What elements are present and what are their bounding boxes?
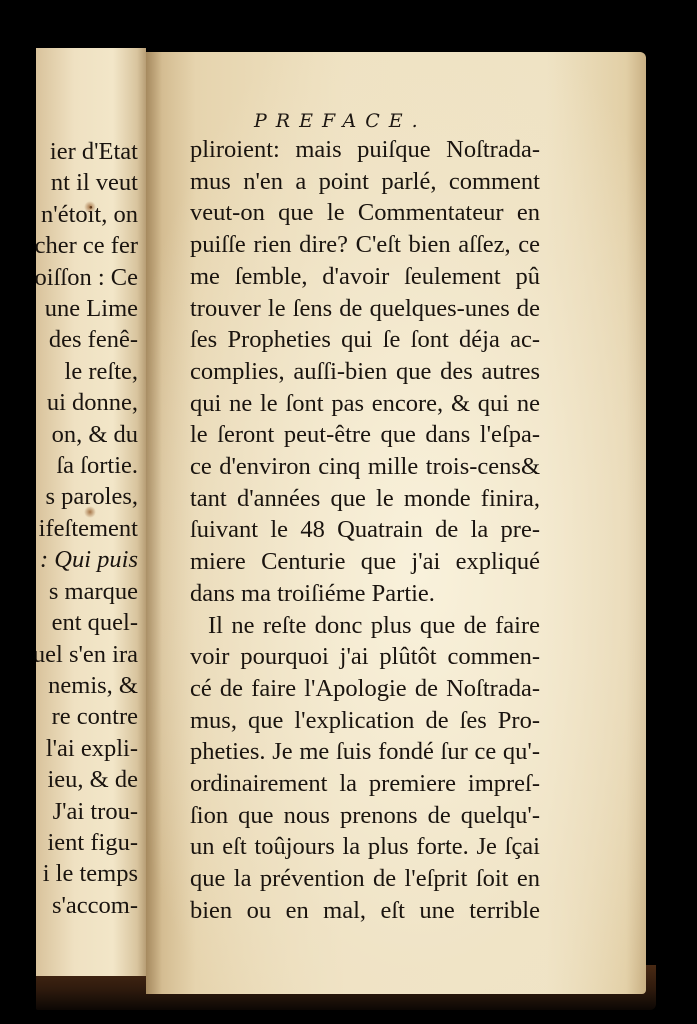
running-head: PREFACE. — [254, 110, 427, 132]
text-line: oiſſon : Ce — [36, 262, 138, 293]
text-line: on, & du — [36, 419, 138, 450]
text-line: dans ma troiſiéme Partie. — [190, 578, 540, 610]
paper-stain — [84, 506, 96, 518]
text-line: un eſt toûjours la plus forte. Je ſçai — [190, 831, 540, 863]
text-line: nt il veut — [36, 167, 138, 198]
text-line: voir pourquoi j'ai plûtôt commen- — [190, 641, 540, 673]
right-page: PREFACE. pliroient: mais puiſque Noſtrad… — [146, 52, 646, 994]
text-line: nemis, & — [36, 670, 138, 701]
text-line: complies, auſſi-bien que des autres — [190, 356, 540, 388]
text-line: uel s'en ira — [36, 639, 138, 670]
text-line: ſuivant le 48 Quatrain de la pre- — [190, 514, 540, 546]
text-line: pliroient: mais puiſque Noſtrada- — [190, 134, 540, 166]
paragraph-start-line: Il ne reſte donc plus que de faire — [190, 610, 540, 642]
text-line: cé de faire l'Apologie de Noſtrada- — [190, 673, 540, 705]
text-line: ui donne, — [36, 387, 138, 418]
text-line: ſion que nous prenons de quelqu'- — [190, 800, 540, 832]
text-line: une Lime — [36, 293, 138, 324]
text-line: re contre — [36, 701, 138, 732]
text-line: des fenê- — [36, 324, 138, 355]
left-page-text: . ier d'Etat nt il veut n'étoit, on cher… — [36, 122, 138, 921]
text-line: ier d'Etat — [36, 136, 138, 167]
text-line-italic: : Qui puis — [36, 544, 138, 575]
left-page: . ier d'Etat nt il veut n'étoit, on cher… — [36, 48, 146, 976]
text-line: pheties. Je me ſuis fondé ſur ce qu'- — [190, 736, 540, 768]
text-line: qui ne le ſont pas encore, & qui ne — [190, 388, 540, 420]
text-line: l'ai expli- — [36, 733, 138, 764]
text-line: . — [36, 122, 138, 136]
text-line: tant d'années que le monde finira, — [190, 483, 540, 515]
text-line: le ſeront peut-être que dans l'eſpa- — [190, 419, 540, 451]
text-line: J'ai trou- — [36, 796, 138, 827]
text-line: bien ou en mal, eſt une terrible — [190, 895, 540, 927]
text-line: puiſſe rien dire? C'eſt bien aſſez, ce — [190, 229, 540, 261]
text-line: mus, que l'explication de ſes Pro- — [190, 705, 540, 737]
text-line: cher ce fer — [36, 230, 138, 261]
text-line: le reſte, — [36, 356, 138, 387]
right-page-text: pliroient: mais puiſque Noſtrada- mus n'… — [190, 134, 540, 927]
text-line: ſes Propheties qui ſe ſont déja ac- — [190, 324, 540, 356]
text-line: mus n'en a point parlé, comment — [190, 166, 540, 198]
gutter-shadow — [146, 52, 162, 994]
text-line: trouver le ſens de quelques-unes de — [190, 293, 540, 325]
text-line: ent quel- — [36, 607, 138, 638]
text-line: ieu, & de — [36, 764, 138, 795]
text-line: i le temps — [36, 858, 138, 889]
text-line: ce d'environ cinq mille trois-cens& — [190, 451, 540, 483]
text-line: ſa ſortie. — [36, 450, 138, 481]
text-line: miere Centurie que j'ai expliqué — [190, 546, 540, 578]
text-line: s marque — [36, 576, 138, 607]
text-line: s'accom- — [36, 890, 138, 921]
text-line: ordinairement la premiere impreſ- — [190, 768, 540, 800]
text-line: que la prévention de l'eſprit ſoit en — [190, 863, 540, 895]
text-line: veut-on que le Commentateur en — [190, 197, 540, 229]
text-line: ient figu- — [36, 827, 138, 858]
paper-stain — [84, 201, 96, 213]
text-line: me ſemble, d'avoir ſeulement pû — [190, 261, 540, 293]
